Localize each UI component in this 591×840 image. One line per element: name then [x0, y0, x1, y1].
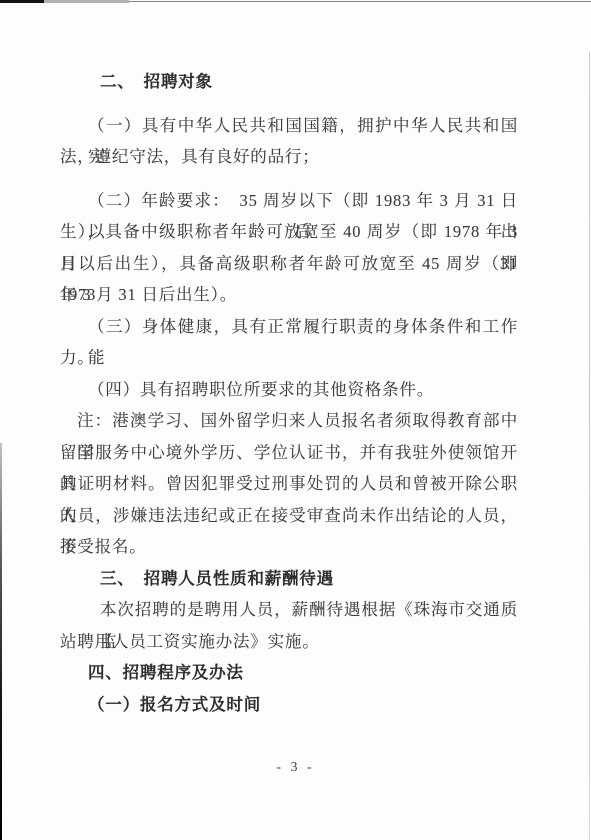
scan-artifact-left-edge	[0, 443, 2, 840]
note-line-1: 注：港澳学习、国外留学归来人员报名者须取得教育部中国	[60, 405, 518, 437]
item-2-line-2: 生），具备中级职称者年龄可放宽至 40 周岁（即 1978 年 3 月 31	[60, 216, 518, 248]
page-number: - 3 -	[0, 760, 591, 776]
note-line-3: 的证明材料。曾因犯罪受过刑事处罚的人员和曾被开除公职的	[60, 468, 518, 500]
item-3-line-1: （三）身体健康，具有正常履行职责的身体条件和工作能	[60, 311, 518, 343]
item-3-line-2: 力。	[60, 342, 518, 374]
document-body: 二、 招聘对象 （一）具有中华人民共和国国籍，拥护中华人民共和国宪 法，遵纪守法…	[60, 66, 518, 720]
scan-artifact-right-edge	[589, 52, 590, 840]
note-line-2: 留学服务中心境外学历、学位认证书，并有我驻外使领馆开具	[60, 437, 518, 469]
scan-artifact-top-line	[129, 1, 591, 2]
item-1-line-1: （一）具有中华人民共和国国籍，拥护中华人民共和国宪	[60, 110, 518, 142]
subsection-heading-registration: （一）报名方式及时间	[60, 689, 518, 721]
scanned-document-page: 二、 招聘对象 （一）具有中华人民共和国国籍，拥护中华人民共和国宪 法，遵纪守法…	[0, 0, 591, 840]
section-heading-salary: 三、 招聘人员性质和薪酬待遇	[60, 563, 518, 595]
item-2-line-1: （二）年龄要求： 35 周岁以下（即 1983 年 3 月 31 日以后出	[60, 185, 518, 217]
section-heading-recruitment-targets: 二、 招聘对象	[60, 66, 518, 98]
item-2-line-3: 日以后出生），具备高级职称者年龄可放宽至 45 周岁（即 1973	[60, 248, 518, 280]
salary-line-1: 本次招聘的是聘用人员，薪酬待遇根据《珠海市交通质监	[60, 594, 518, 626]
item-1-line-2: 法，遵纪守法，具有良好的品行；	[60, 141, 518, 173]
note-line-4: 人员，涉嫌违法违纪或正在接受审查尚未作出结论的人员，不	[60, 500, 518, 532]
item-2-line-4: 年 3 月 31 日后出生）。	[60, 279, 518, 311]
section-heading-procedure: 四、招聘程序及办法	[60, 657, 518, 689]
item-4-line-1: （四）具有招聘职位所要求的其他资格条件。	[60, 374, 518, 406]
salary-line-2: 站聘用人员工资实施办法》实施。	[60, 626, 518, 658]
note-line-5: 接受报名。	[60, 531, 518, 563]
